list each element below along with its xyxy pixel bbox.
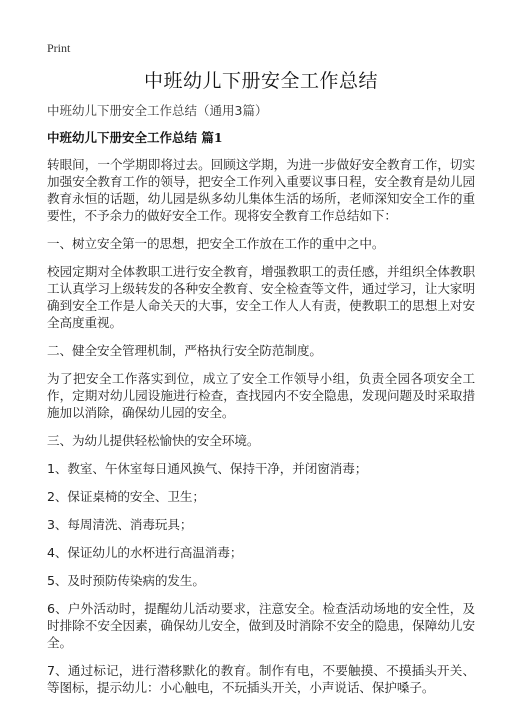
paragraph-intro: 转眼间，一个学期即将过去。回顾这学期，为进一步做好安全教育工作，切实加强安全教育… [47, 156, 475, 224]
list-item: 5、及时预防传染病的发生。 [47, 572, 475, 589]
paragraph-point-2-heading: 二、健全安全管理机制，严格执行安全防范制度。 [47, 342, 475, 359]
paragraph-point-1-body: 校园定期对全体教职工进行安全教育，增强教职工的责任感，并组织全体教职工认真学习上… [47, 263, 475, 331]
document-title: 中班幼儿下册安全工作总结 [47, 68, 475, 94]
list-item: 7、通过标记，进行潜移默化的教育。制作有电，不要触摸、不摸插头开关、等图标，提示… [47, 662, 475, 696]
paragraph-point-1-heading: 一、树立安全第一的思想，把安全工作放在工作的重中之中。 [47, 235, 475, 252]
list-item: 1、教室、午休室每日通风换气、保持干净，并闭窗消毒； [47, 460, 475, 477]
document-subtitle: 中班幼儿下册安全工作总结（通用3篇） [47, 102, 475, 120]
list-item: 6、户外活动时，提醒幼儿活动要求，注意安全。检查活动场地的安全性，及时排除不安全… [47, 600, 475, 651]
list-item: 3、每周清洗、消毒玩具； [47, 516, 475, 533]
paragraph-point-2-body: 为了把安全工作落实到位，成立了安全工作领导小组，负责全园各项安全工作，定期对幼儿… [47, 370, 475, 421]
print-label: Print [47, 40, 475, 56]
section-heading: 中班幼儿下册安全工作总结 篇1 [47, 129, 475, 147]
paragraph-point-3-heading: 三、为幼儿提供轻松愉快的安全环境。 [47, 432, 475, 449]
document-page: Print 中班幼儿下册安全工作总结 中班幼儿下册安全工作总结（通用3篇） 中班… [47, 40, 475, 707]
list-item: 4、保证幼儿的水杯进行高温消毒； [47, 544, 475, 561]
list-item: 2、保证桌椅的安全、卫生； [47, 488, 475, 505]
